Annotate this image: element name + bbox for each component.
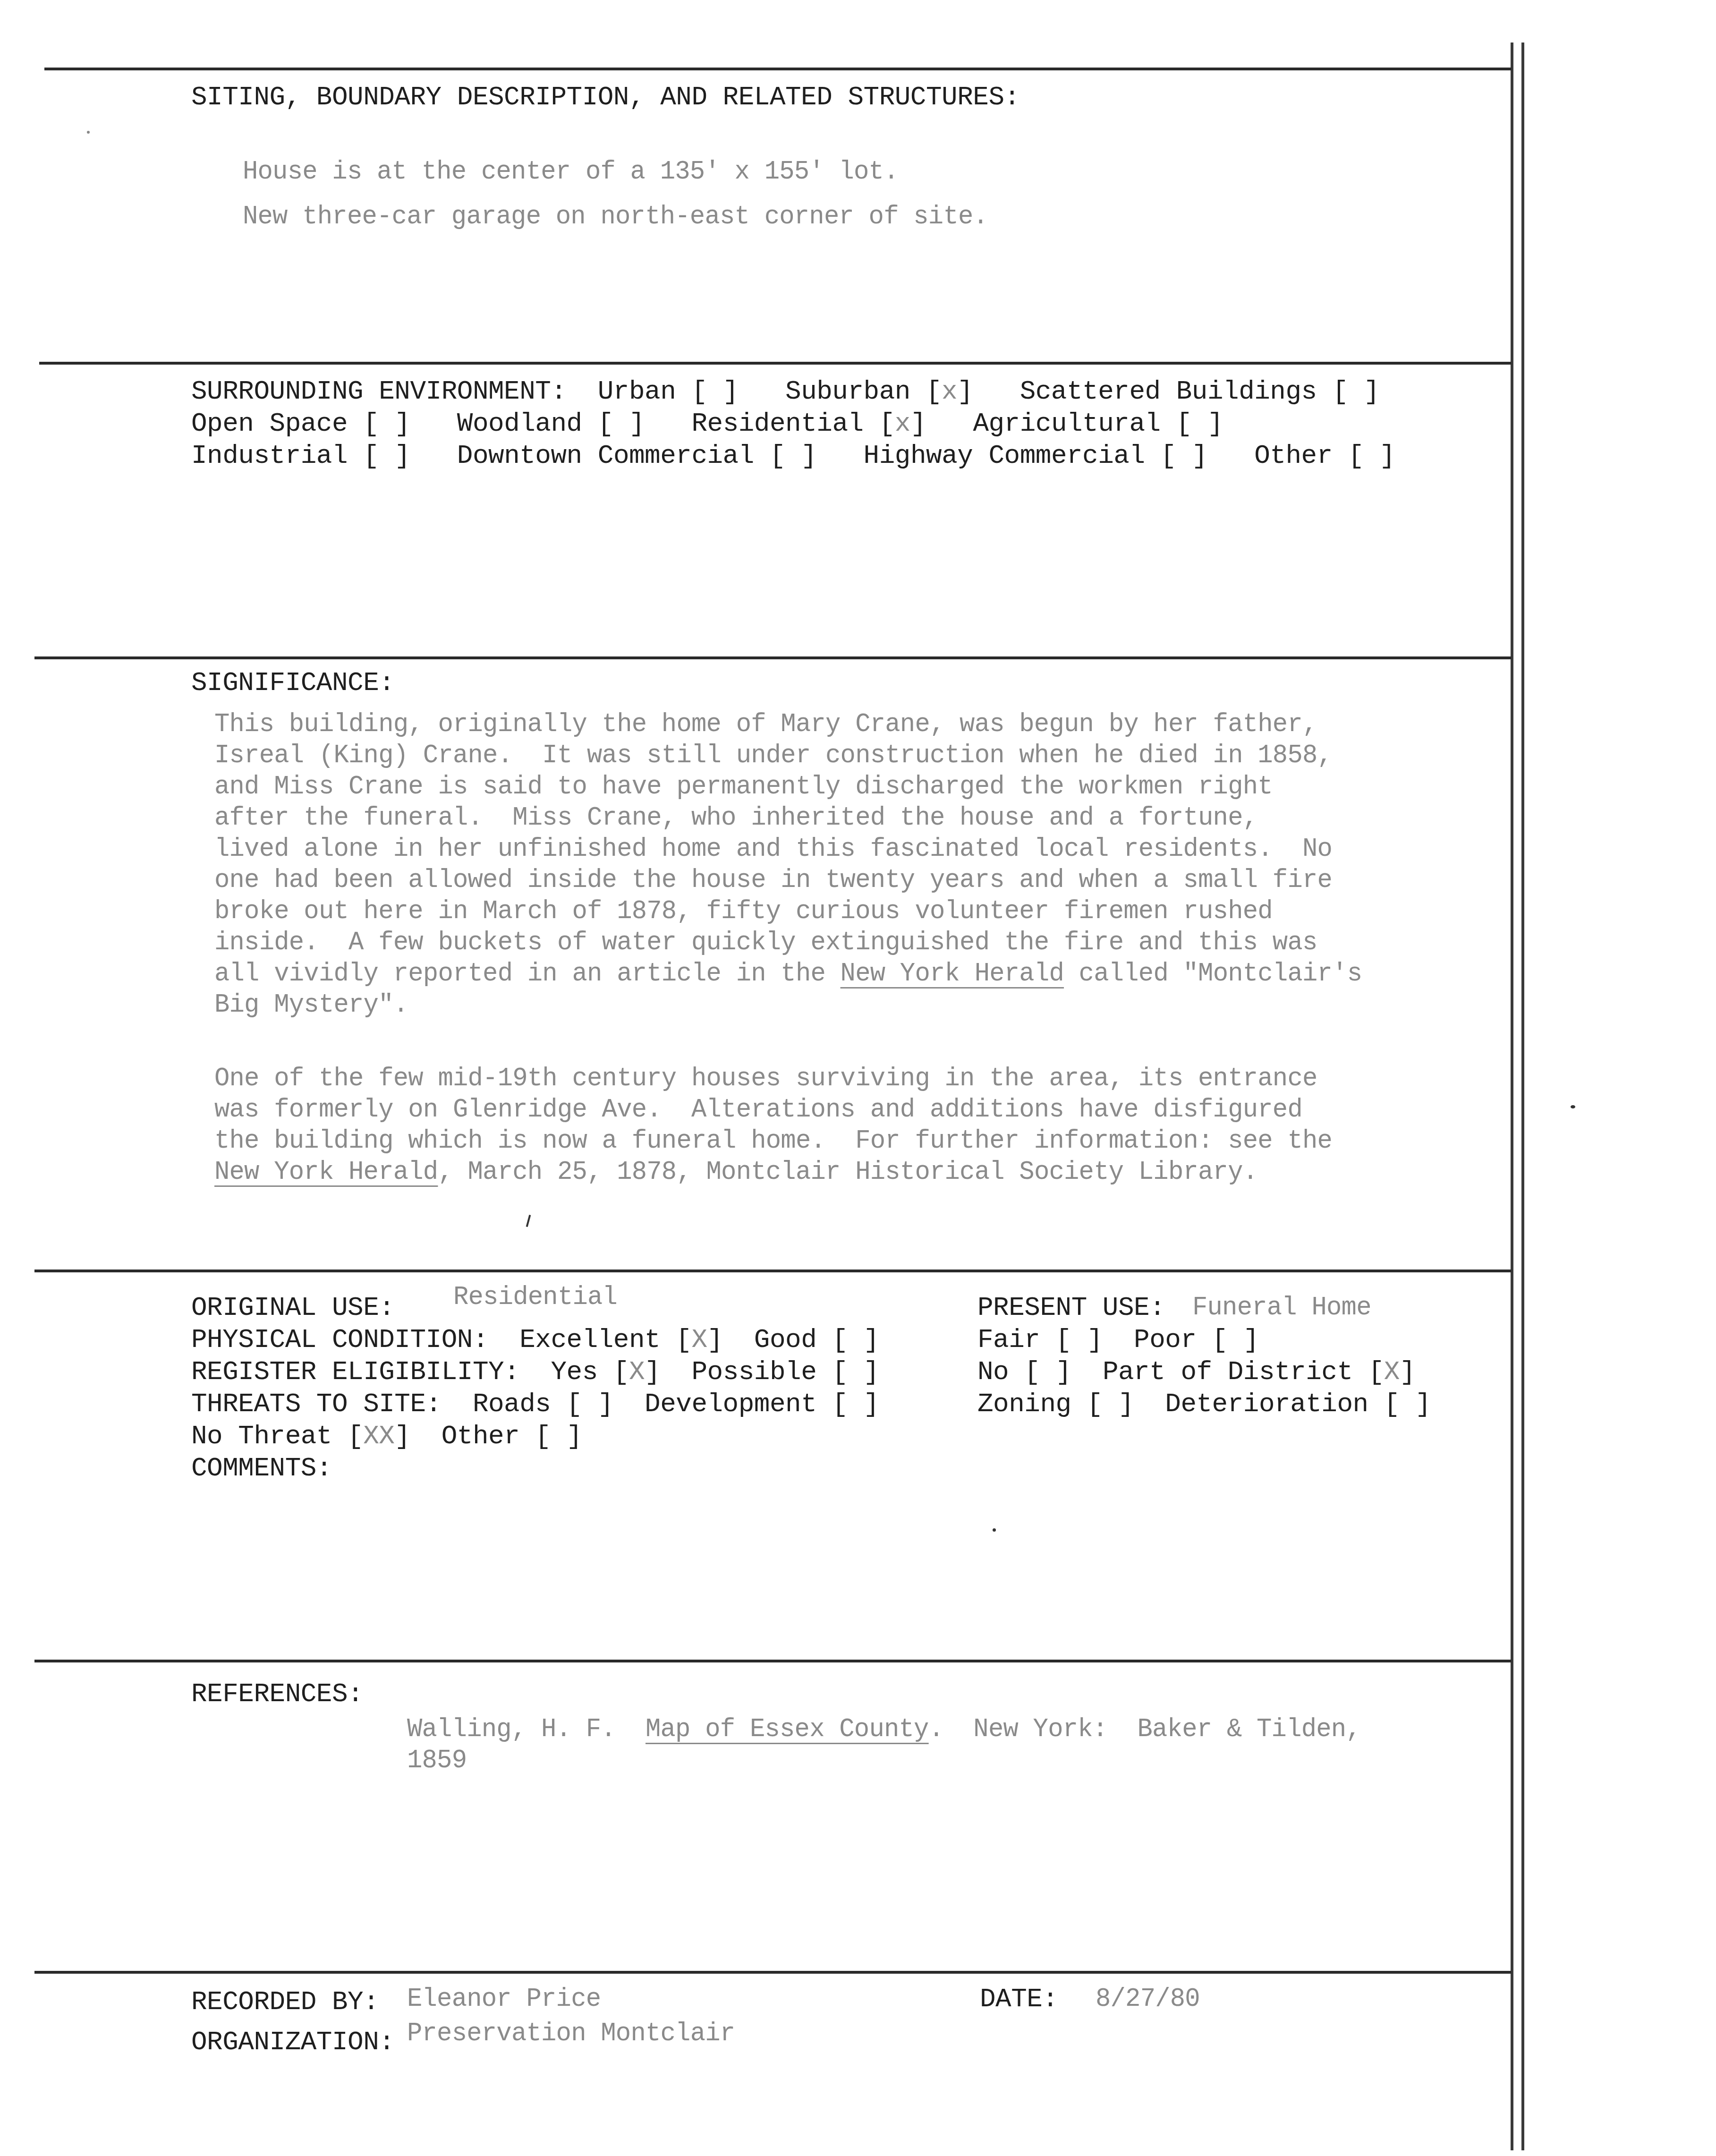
recorded-by-value[interactable]: Eleanor Price bbox=[407, 1983, 601, 2015]
condition-excellent[interactable]: Excellent [X] bbox=[519, 1325, 722, 1355]
condition-good[interactable]: Good [ ] bbox=[754, 1325, 879, 1355]
significance-p1-line-2: Isreal (King) Crane. It was still under … bbox=[214, 740, 1332, 772]
threats-row-2: No Threat [XX] Other [ ] bbox=[191, 1420, 582, 1452]
option-scattered-buildings[interactable]: Scattered Buildings [ ] bbox=[1020, 376, 1379, 407]
references-heading: REFERENCES: bbox=[191, 1678, 363, 1710]
threats-row-right: Zoning [ ] Deterioration [ ] bbox=[977, 1388, 1431, 1420]
significance-p2-line-3: the building which is now a funeral home… bbox=[214, 1125, 1332, 1157]
reference-entry: Walling, H. F. Map of Essex County. New … bbox=[407, 1713, 1361, 1746]
significance-p1-line-7: broke out here in March of 1878, fifty c… bbox=[214, 895, 1273, 928]
newspaper-title: New York Herald bbox=[841, 959, 1064, 989]
physical-condition-row-right: Fair [ ] Poor [ ] bbox=[977, 1324, 1259, 1356]
original-use-label: ORIGINAL USE: bbox=[191, 1293, 394, 1323]
threat-zoning[interactable]: Zoning [ ] bbox=[977, 1389, 1134, 1419]
threat-development[interactable]: Development [ ] bbox=[645, 1389, 879, 1419]
option-downtown-commercial[interactable]: Downtown Commercial [ ] bbox=[457, 441, 816, 471]
environment-row-2: Open Space [ ] Woodland [ ] Residential … bbox=[191, 408, 1223, 440]
condition-poor[interactable]: Poor [ ] bbox=[1134, 1325, 1259, 1355]
right-border-inner bbox=[1511, 43, 1513, 2150]
significance-p1-line-9: all vividly reported in an article in th… bbox=[214, 958, 1362, 990]
option-agricultural[interactable]: Agricultural [ ] bbox=[973, 409, 1223, 439]
newspaper-title: New York Herald bbox=[214, 1157, 438, 1187]
threat-no-threat[interactable]: No Threat [XX] bbox=[191, 1421, 410, 1451]
divider-use-top bbox=[34, 1270, 1512, 1272]
eligibility-no[interactable]: No [ ] bbox=[977, 1357, 1071, 1387]
threat-roads[interactable]: Roads [ ] bbox=[473, 1389, 613, 1419]
condition-fair[interactable]: Fair [ ] bbox=[977, 1325, 1103, 1355]
stray-speck bbox=[1571, 1105, 1575, 1108]
significance-p2-line-1: One of the few mid-19th century houses s… bbox=[214, 1063, 1317, 1095]
option-suburban[interactable]: Suburban [x] bbox=[785, 376, 973, 407]
significance-p1-line-10: Big Mystery". bbox=[214, 989, 408, 1021]
right-border-outer bbox=[1521, 43, 1524, 2150]
physical-condition-row: PHYSICAL CONDITION: Excellent [X] Good [… bbox=[191, 1324, 879, 1356]
divider-footer-top bbox=[34, 1971, 1512, 1974]
organization-value[interactable]: Preservation Montclair bbox=[407, 2018, 735, 2050]
eligibility-part-of-district[interactable]: Part of District [X] bbox=[1103, 1357, 1415, 1387]
siting-line-1: House is at the center of a 135' x 155' … bbox=[243, 156, 899, 188]
environment-row-1: SURROUNDING ENVIRONMENT: Urban [ ] Subur… bbox=[191, 375, 1379, 408]
option-urban[interactable]: Urban [ ] bbox=[598, 376, 739, 407]
comments-label: COMMENTS: bbox=[191, 1452, 332, 1484]
significance-p2-line-2: was formerly on Glenridge Ave. Alteratio… bbox=[214, 1094, 1302, 1126]
present-use-label: PRESENT USE: bbox=[977, 1292, 1165, 1324]
original-use-value[interactable]: Residential bbox=[453, 1281, 617, 1313]
threat-other[interactable]: Other [ ] bbox=[442, 1421, 582, 1451]
option-open-space[interactable]: Open Space [ ] bbox=[191, 409, 410, 439]
significance-p1-line-5: lived alone in her unfinished home and t… bbox=[214, 833, 1332, 865]
divider-siting-top bbox=[44, 68, 1512, 70]
recorded-by-label: RECORDED BY: bbox=[191, 1986, 379, 2018]
eligibility-yes[interactable]: Yes [X] bbox=[551, 1357, 660, 1387]
option-highway-commercial[interactable]: Highway Commercial [ ] bbox=[864, 441, 1207, 471]
date-value[interactable]: 8/27/80 bbox=[1096, 1983, 1200, 2015]
option-other[interactable]: Other [ ] bbox=[1254, 441, 1395, 471]
stray-speck bbox=[87, 131, 90, 134]
register-eligibility-row: REGISTER ELIGIBILITY: Yes [X] Possible [… bbox=[191, 1356, 879, 1388]
stray-speck bbox=[993, 1528, 996, 1532]
register-eligibility-row-right: No [ ] Part of District [X] bbox=[977, 1356, 1415, 1388]
significance-p2-line-4: New York Herald, March 25, 1878, Montcla… bbox=[214, 1156, 1257, 1188]
divider-environment-top bbox=[39, 362, 1512, 365]
significance-p1-line-8: inside. A few buckets of water quickly e… bbox=[214, 927, 1317, 959]
significance-p1-line-6: one had been allowed inside the house in… bbox=[214, 864, 1332, 896]
siting-line-2: New three-car garage on north-east corne… bbox=[243, 201, 988, 233]
date-label: DATE: bbox=[980, 1983, 1058, 2015]
option-residential[interactable]: Residential [x] bbox=[691, 409, 926, 439]
option-woodland[interactable]: Woodland [ ] bbox=[457, 409, 645, 439]
eligibility-possible[interactable]: Possible [ ] bbox=[691, 1357, 879, 1387]
option-industrial[interactable]: Industrial [ ] bbox=[191, 441, 410, 471]
reference-year: 1859 bbox=[407, 1745, 467, 1777]
significance-heading: SIGNIFICANCE: bbox=[191, 667, 394, 699]
reference-title: Map of Essex County bbox=[646, 1714, 929, 1744]
divider-references-top bbox=[34, 1660, 1512, 1662]
stray-pen-mark bbox=[526, 1215, 531, 1227]
threat-deterioration[interactable]: Deterioration [ ] bbox=[1165, 1389, 1431, 1419]
siting-heading: SITING, BOUNDARY DESCRIPTION, AND RELATE… bbox=[191, 81, 1020, 113]
significance-p1-line-4: after the funeral. Miss Crane, who inher… bbox=[214, 802, 1257, 834]
significance-p1-line-3: and Miss Crane is said to have permanent… bbox=[214, 771, 1273, 803]
divider-significance-top bbox=[34, 656, 1512, 659]
organization-label: ORGANIZATION: bbox=[191, 2026, 394, 2058]
threats-row: THREATS TO SITE: Roads [ ] Development [… bbox=[191, 1388, 879, 1420]
significance-p1-line-1: This building, originally the home of Ma… bbox=[214, 708, 1317, 741]
environment-heading: SURROUNDING ENVIRONMENT: bbox=[191, 376, 567, 407]
original-use-row: ORIGINAL USE: bbox=[191, 1292, 394, 1324]
present-use-value[interactable]: Funeral Home bbox=[1192, 1292, 1371, 1324]
environment-row-3: Industrial [ ] Downtown Commercial [ ] H… bbox=[191, 440, 1395, 472]
comments-field[interactable] bbox=[191, 1488, 1504, 1644]
